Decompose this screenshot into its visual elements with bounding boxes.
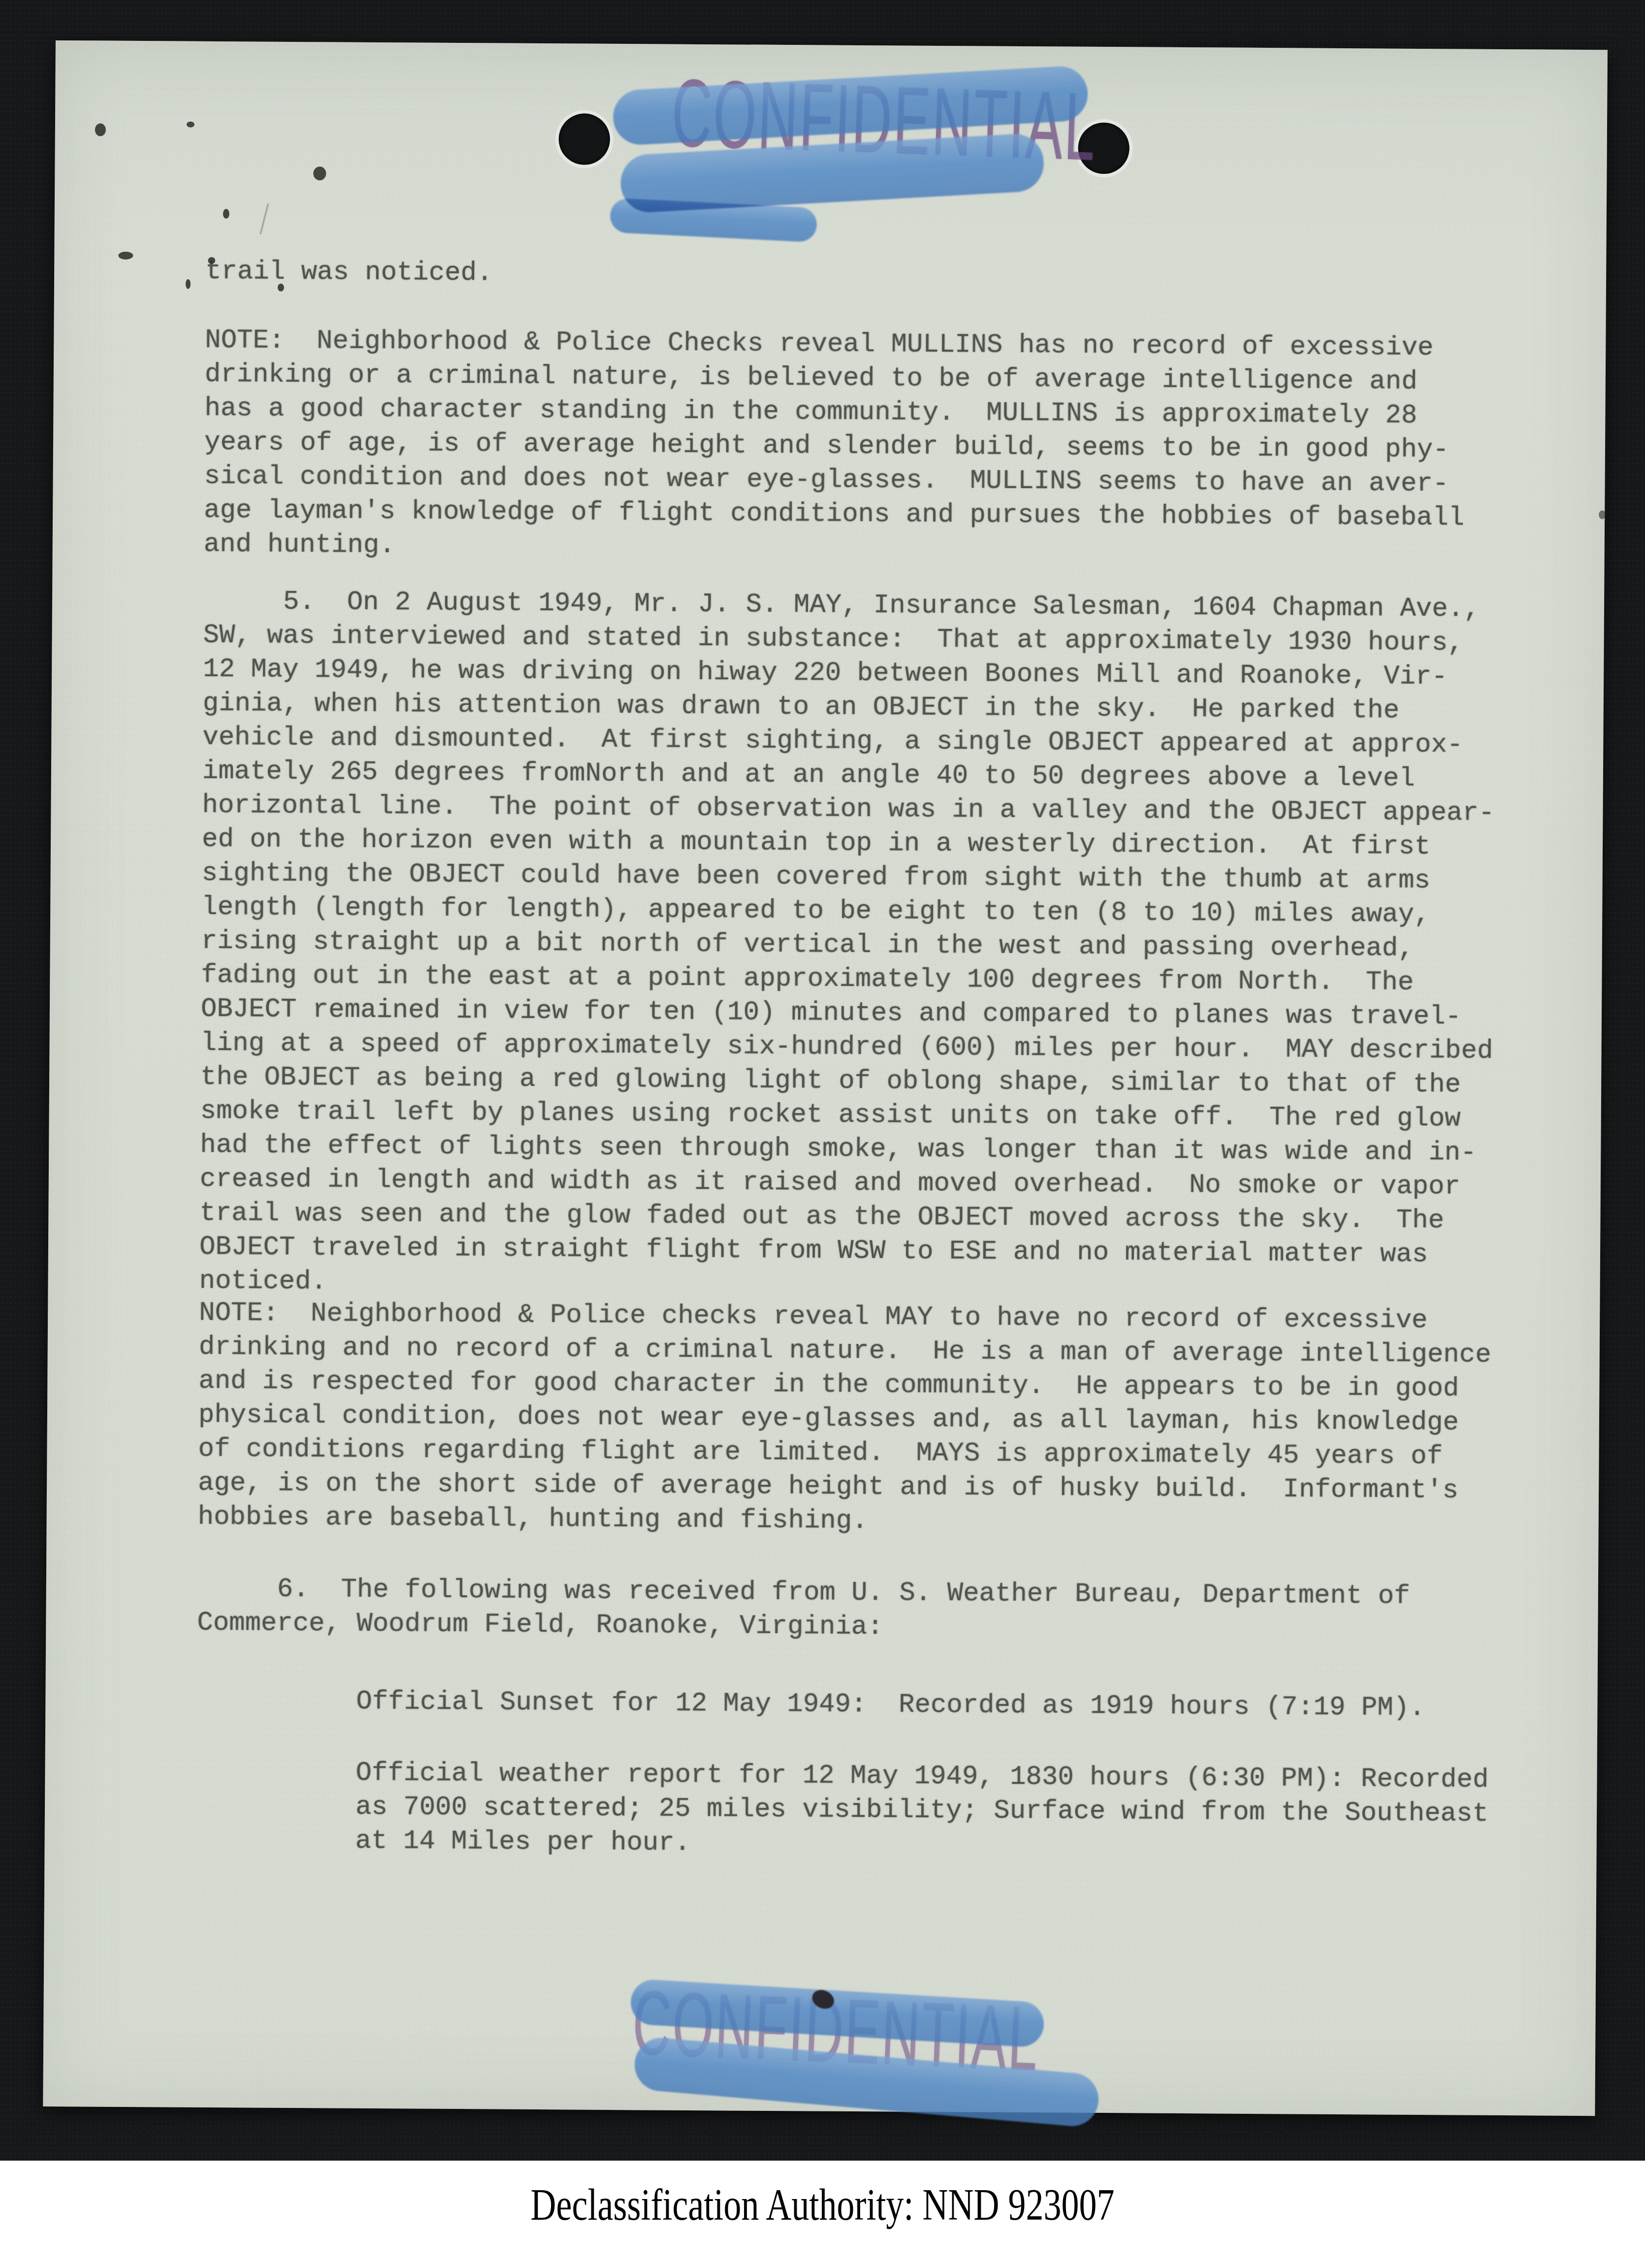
- scanned-document-page: CONFIDENTIAL trail was noticed. NOTE: Ne…: [0, 0, 1645, 2268]
- typed-paragraph-note-mullins: NOTE: Neighborhood & Police Checks revea…: [204, 324, 1466, 569]
- paper-speck: [223, 209, 229, 219]
- punch-hole-left: [558, 113, 610, 165]
- declassification-authority-text: Declassification Authority: NND 923007: [164, 2161, 1481, 2228]
- paper-speck: [95, 123, 106, 136]
- typed-paragraph-5-may-account: 5. On 2 August 1949, Mr. J. S. MAY, Insu…: [199, 585, 1496, 1306]
- paper-speck: [278, 284, 284, 292]
- typed-paragraph-note-may: NOTE: Neighborhood & Police checks revea…: [197, 1296, 1491, 1542]
- typed-paragraph-6-weather: 6. The following was received from U. S.…: [197, 1572, 1410, 1647]
- paper-speck: [208, 257, 215, 264]
- paper-speck: [118, 252, 133, 260]
- paper-speck: [1599, 510, 1606, 519]
- paper-speck: [186, 279, 191, 289]
- marker-stroke: [633, 2036, 1101, 2129]
- paper-speck: [313, 166, 326, 180]
- blue-marker-strikeout-bottom: [625, 1978, 1124, 2135]
- declassification-banner: Declassification Authority: NND 923007: [0, 2161, 1645, 2268]
- paper-speck: [187, 122, 194, 128]
- typed-paragraph-trail: trail was noticed.: [205, 255, 493, 291]
- typed-line-official-sunset: Official Sunset for 12 May 1949: Recorde…: [196, 1684, 1425, 1725]
- typed-paragraph-weather-report: Official weather report for 12 May 1949,…: [195, 1755, 1488, 1865]
- blue-marker-strikeout-top: [612, 64, 1112, 253]
- pencil-mark: [259, 203, 269, 234]
- paper-sheet: CONFIDENTIAL trail was noticed. NOTE: Ne…: [43, 40, 1608, 2116]
